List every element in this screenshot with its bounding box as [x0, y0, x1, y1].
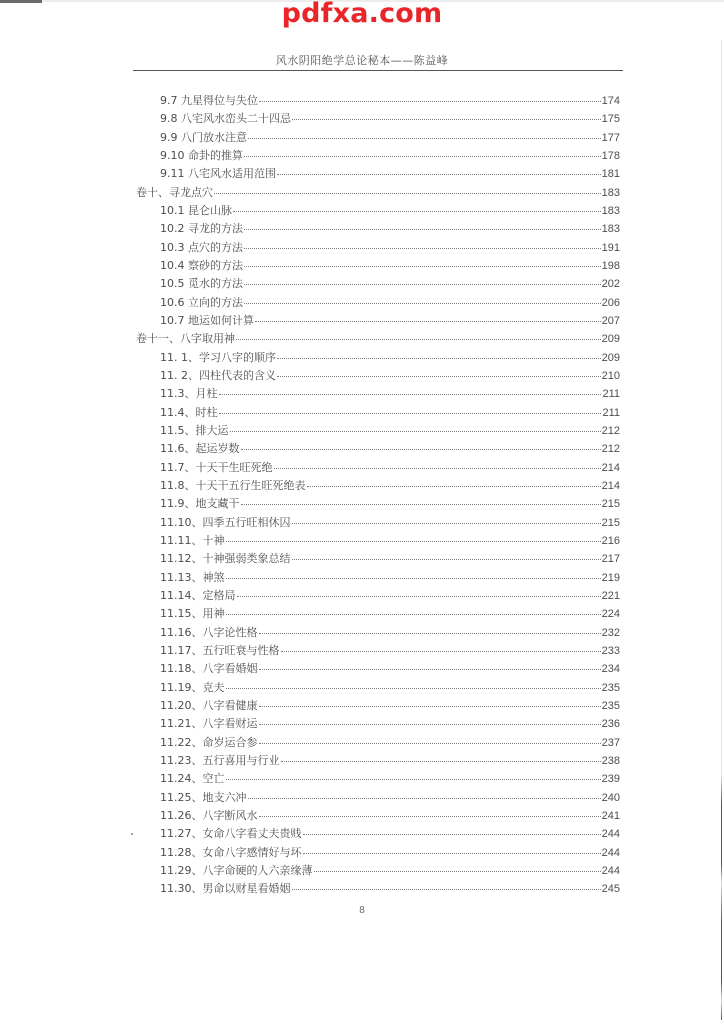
toc-entry-page: 215 — [602, 495, 620, 513]
toc-entry-page: 237 — [602, 734, 620, 752]
toc-entry-title: 11.6、起运岁数 — [160, 440, 240, 458]
toc-entry-page: 244 — [602, 844, 620, 862]
toc-dot-leader — [259, 633, 601, 634]
toc-dot-leader — [248, 138, 601, 139]
toc-section-entry[interactable]: 10.1 昆仑山脉183 — [160, 202, 620, 220]
toc-dot-leader — [244, 156, 601, 157]
toc-dot-leader — [219, 394, 602, 395]
toc-entry-title: 11.23、五行喜用与行业 — [160, 752, 280, 770]
toc-entry-title: 11.24、空亡 — [160, 770, 225, 788]
toc-entry-title: 11.9、地支藏干 — [160, 495, 240, 513]
toc-entry-page: 191 — [602, 239, 620, 257]
toc-entry-title: 11.10、四季五行旺相休囚 — [160, 514, 291, 532]
toc-entry-title: 11.29、八字命硬的人六亲缘薄 — [160, 862, 313, 880]
toc-section-entry[interactable]: 10.2 寻龙的方法183 — [160, 220, 620, 238]
toc-section-entry[interactable]: 11.21、八字看财运236 — [160, 715, 620, 733]
toc-dot-leader — [277, 376, 601, 377]
toc-section-entry[interactable]: 11.6、起运岁数212 — [160, 440, 620, 458]
toc-entry-page: 212 — [602, 440, 620, 458]
header-rule — [133, 70, 623, 71]
toc-entry-title: 10.7 地运如何计算 — [160, 312, 254, 330]
toc-entry-title: 10.5 觅水的方法 — [160, 275, 243, 293]
toc-section-entry[interactable]: 10.7 地运如何计算207 — [160, 312, 620, 330]
toc-entry-page: 235 — [602, 697, 620, 715]
toc-entry-title: 11.17、五行旺衰与性格 — [160, 642, 280, 660]
toc-entry-title: 11.25、地支六冲 — [160, 789, 247, 807]
toc-entry-page: 207 — [602, 312, 620, 330]
toc-dot-leader — [259, 816, 601, 817]
toc-entry-page: 183 — [602, 202, 620, 220]
toc-dot-leader — [277, 174, 601, 175]
toc-section-entry[interactable]: 11.25、地支六冲240 — [160, 789, 620, 807]
toc-section-entry[interactable]: 11.3、月柱 211 — [160, 385, 620, 403]
toc-entry-page: 238 — [602, 752, 620, 770]
toc-section-entry[interactable]: 11.22、命岁运合参237 — [160, 734, 620, 752]
toc-entry-page: 232 — [602, 624, 620, 642]
toc-entry-page: 241 — [602, 807, 620, 825]
toc-entry-page: 235 — [602, 679, 620, 697]
toc-entry-page: 219 — [602, 569, 620, 587]
toc-dot-leader — [292, 559, 601, 560]
toc-dot-leader — [259, 101, 601, 102]
toc-entry-page: 181 — [602, 165, 620, 183]
toc-section-entry[interactable]: 10.3 点穴的方法191 — [160, 239, 620, 257]
toc-entry-page: 236 — [602, 715, 620, 733]
toc-dot-leader — [226, 578, 601, 579]
toc-entry-page: 221 — [602, 587, 620, 605]
toc-section-entry[interactable]: 11.17、五行旺衰与性格233 — [160, 642, 620, 660]
toc-entry-page: 174 — [602, 92, 620, 110]
toc-entry-title: 11.16、八字论性格 — [160, 624, 258, 642]
toc-entry-title: 11. 2、四柱代表的含义 — [160, 367, 276, 385]
toc-dot-leader — [233, 211, 601, 212]
toc-section-entry[interactable]: 11.16、八字论性格232 — [160, 624, 620, 642]
toc-entry-page: 206 — [602, 294, 620, 312]
toc-dot-leader — [255, 321, 601, 322]
toc-section-entry[interactable]: 10.5 觅水的方法202 — [160, 275, 620, 293]
toc-dot-leader — [259, 743, 601, 744]
toc-section-entry[interactable]: 9.8 八宅风水峦头二十四忌175 — [160, 110, 620, 128]
toc-entry-title: 卷十、寻龙点穴 — [136, 184, 213, 202]
toc-dot-leader — [214, 193, 601, 194]
toc-entry-title: 11.8、十天干五行生旺死绝表 — [160, 477, 306, 495]
toc-section-entry[interactable]: 11.12、十神强弱类象总结217 — [160, 550, 620, 568]
toc-dot-leader — [292, 523, 601, 524]
toc-dot-leader — [259, 706, 601, 707]
toc-section-entry[interactable]: 11.29、八字命硬的人六亲缘薄244 — [160, 862, 620, 880]
toc-section-entry[interactable]: 11.11、十神 216 — [160, 532, 620, 550]
toc-entry-title: 9.7 九星得位与失位 — [160, 92, 258, 110]
toc-dot-leader — [303, 853, 601, 854]
scan-speck — [131, 833, 133, 835]
toc-entry-title: 11.28、女命八字感情好与坏 — [160, 844, 302, 862]
toc-dot-leader — [277, 358, 601, 359]
toc-section-entry[interactable]: 11.20、八字看健康235 — [160, 697, 620, 715]
toc-dot-leader — [219, 413, 602, 414]
toc-entry-title: 卷十一、八字取用神 — [136, 330, 235, 348]
toc-dot-leader — [248, 798, 601, 799]
toc-dot-leader — [241, 449, 601, 450]
toc-entry-page: 214 — [602, 459, 620, 477]
toc-section-entry[interactable]: 11.26、八字断风水241 — [160, 807, 620, 825]
toc-dot-leader — [241, 504, 601, 505]
toc-entry-title: 9.11 八宅风水适用范围 — [160, 165, 276, 183]
toc-entry-title: 11.18、八字看婚姻 — [160, 660, 258, 678]
toc-entry-title: 11.12、十神强弱类象总结 — [160, 550, 291, 568]
toc-entry-title: 10.1 昆仑山脉 — [160, 202, 232, 220]
toc-entry-page: 212 — [602, 422, 620, 440]
toc-entry-title: 11.26、八字断风水 — [160, 807, 258, 825]
toc-section-entry[interactable]: 11.18、八字看婚姻234 — [160, 660, 620, 678]
toc-section-entry[interactable]: 11.28、女命八字感情好与坏244 — [160, 844, 620, 862]
watermark: pdfxa.com — [0, 0, 724, 29]
toc-entry-page: 209 — [602, 330, 620, 348]
toc-section-entry[interactable]: 11.7、十天干生旺死绝214 — [160, 459, 620, 477]
toc-dot-leader — [226, 779, 601, 780]
toc-section-entry[interactable]: 10.6 立向的方法206 — [160, 294, 620, 312]
toc-entry-page: 216 — [602, 532, 620, 550]
toc-dot-leader — [314, 871, 601, 872]
toc-entry-title: 11.20、八字看健康 — [160, 697, 258, 715]
toc-entry-page: 211 — [602, 385, 620, 403]
toc-entry-page: 239 — [602, 770, 620, 788]
toc-entry-title: 11.7、十天干生旺死绝 — [160, 459, 273, 477]
running-header: 风水阴阳绝学总论秘本——陈益峰 — [0, 52, 724, 68]
toc-dot-leader — [244, 229, 601, 230]
toc-section-entry[interactable]: 11.24、空亡 239 — [160, 770, 620, 788]
toc-entry-title: 11.22、命岁运合参 — [160, 734, 258, 752]
toc-entry-title: 10.3 点穴的方法 — [160, 239, 243, 257]
toc-dot-leader — [226, 614, 601, 615]
toc-section-entry[interactable]: 11.5、排大运212 — [160, 422, 620, 440]
toc-chapter-entry[interactable]: 卷十一、八字取用神209 — [136, 330, 620, 348]
toc-entry-title: 9.10 命卦的推算 — [160, 147, 243, 165]
toc-section-entry[interactable]: 11.8、十天干五行生旺死绝表214 — [160, 477, 620, 495]
toc-dot-leader — [244, 248, 601, 249]
toc-section-entry[interactable]: 11.15、用神 224 — [160, 605, 620, 623]
toc-dot-leader — [274, 468, 601, 469]
toc-section-entry[interactable]: 11.4、时柱 211 — [160, 404, 620, 422]
toc-entry-title: 11.21、八字看财运 — [160, 715, 258, 733]
toc-entry-page: 177 — [602, 129, 620, 147]
toc-entry-page: 175 — [602, 110, 620, 128]
toc-dot-leader — [244, 303, 601, 304]
toc-entry-page: 214 — [602, 477, 620, 495]
toc-entry-title: 10.6 立向的方法 — [160, 294, 243, 312]
toc-dot-leader — [281, 761, 601, 762]
toc-entry-page: 244 — [602, 862, 620, 880]
toc-section-entry[interactable]: 10.4 察砂的方法198 — [160, 257, 620, 275]
toc-section-entry[interactable]: 11.13、神煞 219 — [160, 569, 620, 587]
toc-entry-page: 215 — [602, 514, 620, 532]
toc-section-entry[interactable]: 11.30、男命以财星看婚姻245 — [160, 880, 620, 898]
toc-entry-title: 11.4、时柱 — [160, 404, 218, 422]
toc-entry-title: 9.8 八宅风水峦头二十四忌 — [160, 110, 291, 128]
toc-entry-page: 233 — [602, 642, 620, 660]
toc-entry-page: 240 — [602, 789, 620, 807]
toc-section-entry[interactable]: 11.27、女命八字看丈夫贵贱244 — [160, 825, 620, 843]
toc-section-entry[interactable]: 11.19、克夫 235 — [160, 679, 620, 697]
toc-dot-leader — [307, 486, 601, 487]
toc-section-entry[interactable]: 9.7 九星得位与失位174 — [160, 92, 620, 110]
toc-entry-title: 11.3、月柱 — [160, 385, 218, 403]
toc-dot-leader — [303, 834, 601, 835]
toc-dot-leader — [237, 596, 601, 597]
toc-section-entry[interactable]: 11.23、五行喜用与行业238 — [160, 752, 620, 770]
toc-entry-title: 11.19、克夫 — [160, 679, 225, 697]
toc-section-entry[interactable]: 11.14、定格局 221 — [160, 587, 620, 605]
toc-dot-leader — [230, 431, 601, 432]
toc-dot-leader — [244, 284, 601, 285]
toc-dot-leader — [292, 119, 601, 120]
toc-dot-leader — [292, 889, 601, 890]
page-number: 8 — [0, 905, 724, 916]
toc-entry-page: 202 — [602, 275, 620, 293]
toc-dot-leader — [259, 669, 601, 670]
scan-right-edge — [721, 40, 722, 1020]
toc-entry-title: 11.30、男命以财星看婚姻 — [160, 880, 291, 898]
toc-dot-leader — [281, 651, 601, 652]
toc-section-entry[interactable]: 9.9 八门放水注意177 — [160, 129, 620, 147]
toc-section-entry[interactable]: 11. 1、学习八字的顺序209 — [160, 349, 620, 367]
toc-entry-page: 224 — [602, 605, 620, 623]
toc-section-entry[interactable]: 9.10 命卦的推算178 — [160, 147, 620, 165]
toc-entry-title: 11. 1、学习八字的顺序 — [160, 349, 276, 367]
toc-entry-page: 211 — [602, 404, 620, 422]
toc-section-entry[interactable]: 11. 2、四柱代表的含义210 — [160, 367, 620, 385]
toc-section-entry[interactable]: 9.11 八宅风水适用范围181 — [160, 165, 620, 183]
toc-dot-leader — [226, 688, 601, 689]
toc-entry-title: 10.4 察砂的方法 — [160, 257, 243, 275]
toc-entry-title: 11.14、定格局 — [160, 587, 236, 605]
toc-section-entry[interactable]: 11.9、地支藏干215 — [160, 495, 620, 513]
toc-dot-leader — [259, 724, 601, 725]
toc-entry-title: 9.9 八门放水注意 — [160, 129, 247, 147]
toc-entry-page: 198 — [602, 257, 620, 275]
toc-entry-page: 183 — [602, 184, 620, 202]
toc-entry-page: 178 — [602, 147, 620, 165]
toc-entry-page: 209 — [602, 349, 620, 367]
toc-entry-page: 210 — [602, 367, 620, 385]
toc-entry-title: 11.5、排大运 — [160, 422, 229, 440]
toc-entry-title: 11.27、女命八字看丈夫贵贱 — [160, 825, 302, 843]
toc-dot-leader — [236, 339, 601, 340]
toc-entry-title: 11.11、十神 — [160, 532, 225, 550]
toc-entry-page: 234 — [602, 660, 620, 678]
toc-entry-title: 11.15、用神 — [160, 605, 225, 623]
toc-entry-title: 11.13、神煞 — [160, 569, 225, 587]
toc-entry-page: 183 — [602, 220, 620, 238]
toc-section-entry[interactable]: 11.10、四季五行旺相休囚215 — [160, 514, 620, 532]
toc-entry-page: 245 — [602, 880, 620, 898]
toc-entry-title: 10.2 寻龙的方法 — [160, 220, 243, 238]
toc-entry-page: 217 — [602, 550, 620, 568]
toc-entry-page: 244 — [602, 825, 620, 843]
toc-dot-leader — [226, 541, 601, 542]
toc-chapter-entry[interactable]: 卷十、寻龙点穴183 — [136, 184, 620, 202]
toc-dot-leader — [244, 266, 601, 267]
